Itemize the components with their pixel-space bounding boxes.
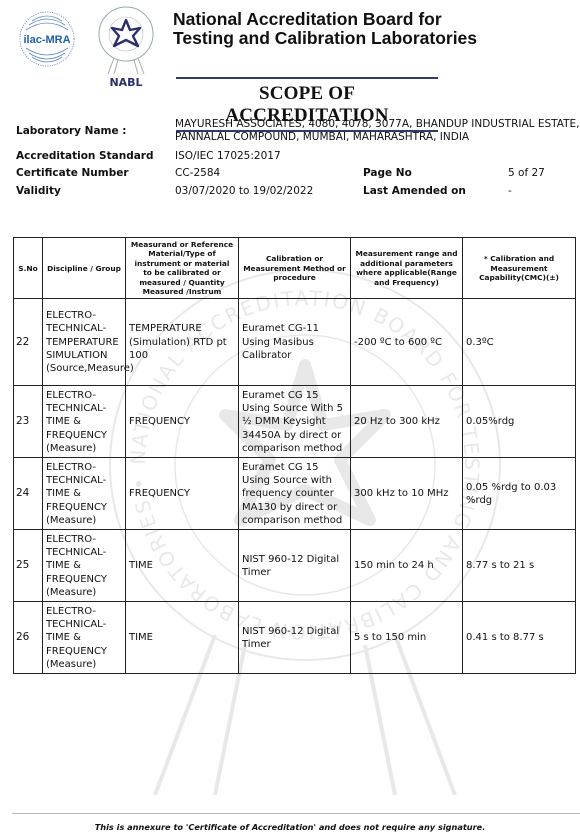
cell-cmc: 8.77 s to 21 s [463,530,576,602]
nabl-logo: NABL [94,4,158,88]
cell-discipline: ELECTRO-TECHNICAL-TIME & FREQUENCY (Meas… [43,386,126,458]
footer-divider [12,813,580,814]
header-cmc: * Calibration and Measurement Capability… [463,238,576,299]
lab-name-label: Laboratory Name : [16,125,126,138]
cell-cmc: 0.05%rdg [463,386,576,458]
cell-measurand: TIME [126,530,239,602]
cell-measurand: TEMPERATURE (Simulation) RTD pt 100 [126,299,239,386]
cell-method: Euramet CG-11 Using Masibus Calibrator [239,299,351,386]
table-row: 23 ELECTRO-TECHNICAL-TIME & FREQUENCY (M… [14,386,576,458]
lab-name-value: MAYURESH ASSOCIATES, 4080, 4078, 3077A, … [175,118,579,144]
cell-measurand: FREQUENCY [126,458,239,530]
cell-discipline: ELECTRO-TECHNICAL-TIME & FREQUENCY (Meas… [43,602,126,674]
table-header-row: S.No Discipline / Group Measurand or Ref… [14,238,576,299]
lab-name-line1: MAYURESH ASSOCIATES, 4080, 4078, 3077A, … [175,118,579,131]
cell-measurand: FREQUENCY [126,386,239,458]
cell-method: NIST 960-12 Digital Timer [239,530,351,602]
cell-sno: 25 [14,530,43,602]
cell-range: 300 kHz to 10 MHz [351,458,463,530]
last-amended-label: Last Amended on [363,185,466,198]
org-title: National Accreditation Board for Testing… [173,10,477,48]
svg-text:NABL: NABL [109,76,142,88]
footer-note: This is annexure to 'Certificate of Accr… [0,822,580,832]
last-amended-value: - [508,185,512,198]
table-row: 26 ELECTRO-TECHNICAL-TIME & FREQUENCY (M… [14,602,576,674]
certificate-label: Certificate Number [16,167,129,180]
header-method: Calibration or Measurement Method or pro… [239,238,351,299]
svg-text:ilac-MRA: ilac-MRA [23,34,70,46]
cell-range: 20 Hz to 300 kHz [351,386,463,458]
cell-discipline: ELECTRO-TECHNICAL-TIME & FREQUENCY (Meas… [43,530,126,602]
cell-cmc: 0.3ºC [463,299,576,386]
header-discipline: Discipline / Group [43,238,126,299]
certificate-value: CC-2584 [175,167,220,180]
lab-name-line2: PANNALAL COMPOUND, MUMBAI, MAHARASHTRA, … [175,131,579,144]
org-title-line2: Testing and Calibration Laboratories [173,29,477,48]
table-row: 22 ELECTRO-TECHNICAL-TEMPERATURE SIMULAT… [14,299,576,386]
standard-label: Accreditation Standard [16,150,154,163]
validity-value: 03/07/2020 to 19/02/2022 [175,185,313,198]
page-label: Page No [363,167,412,180]
cell-sno: 24 [14,458,43,530]
cell-discipline: ELECTRO-TECHNICAL-TEMPERATURE SIMULATION… [43,299,126,386]
cell-cmc: 0.05 %rdg to 0.03 %rdg [463,458,576,530]
cell-method: Euramet CG 15 Using Source With 5 ½ DMM … [239,386,351,458]
cell-method: Euramet CG 15 Using Source with frequenc… [239,458,351,530]
ilac-mra-logo: ilac-MRA [18,10,76,68]
cell-range: 5 s to 150 min [351,602,463,674]
scope-table: S.No Discipline / Group Measurand or Ref… [13,237,576,674]
validity-label: Validity [16,185,61,198]
table-row: 25 ELECTRO-TECHNICAL-TIME & FREQUENCY (M… [14,530,576,602]
cell-method: NIST 960-12 Digital Timer [239,602,351,674]
cell-range: -200 ºC to 600 ºC [351,299,463,386]
header-range: Measurement range and additional paramet… [351,238,463,299]
header-measurand: Measurand or Reference Material/Type of … [126,238,239,299]
cell-cmc: 0.41 s to 8.77 s [463,602,576,674]
header-sno: S.No [14,238,43,299]
cell-sno: 26 [14,602,43,674]
cell-range: 150 min to 24 h [351,530,463,602]
page-value: 5 of 27 [508,167,545,180]
cell-discipline: ELECTRO-TECHNICAL-TIME & FREQUENCY (Meas… [43,458,126,530]
cell-measurand: TIME [126,602,239,674]
table-row: 24 ELECTRO-TECHNICAL-TIME & FREQUENCY (M… [14,458,576,530]
org-title-line1: National Accreditation Board for [173,10,477,29]
cell-sno: 23 [14,386,43,458]
standard-value: ISO/IEC 17025:2017 [175,150,281,163]
cell-sno: 22 [14,299,43,386]
